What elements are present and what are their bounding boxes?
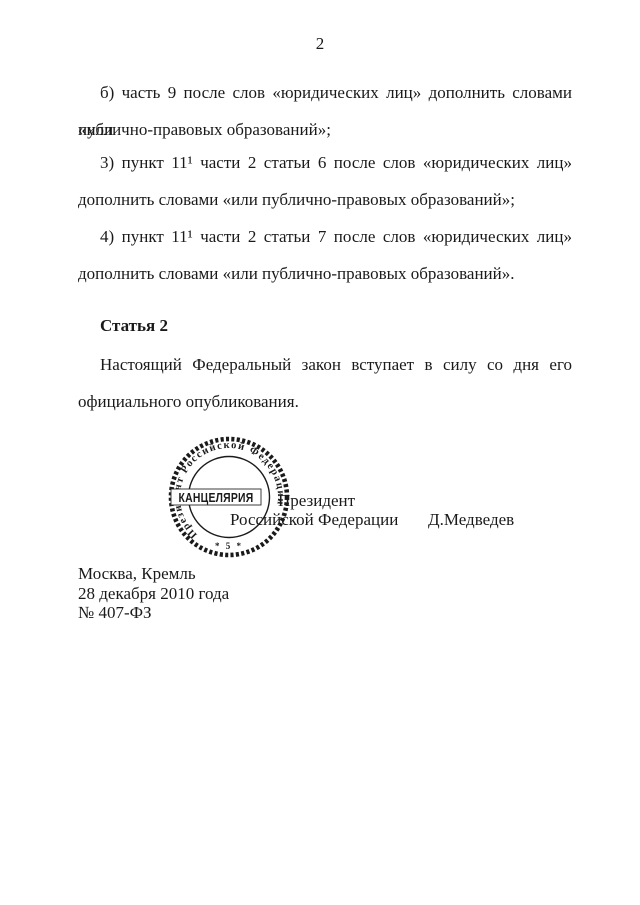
paragraph-line: официального опубликования.: [78, 383, 572, 420]
paragraph-line: дополнить словами «или публично-правовых…: [78, 255, 572, 292]
paragraph-line: б) часть 9 после слов «юридических лиц» …: [78, 74, 572, 111]
article-heading: Статья 2: [100, 316, 168, 336]
footer-block: Москва, Кремль 28 декабря 2010 года № 40…: [78, 564, 229, 623]
paragraph-line: 3) пункт 11¹ части 2 статьи 6 после слов…: [78, 144, 572, 181]
stamp-center-label: КАНЦЕЛЯРИЯ: [179, 491, 254, 505]
stamp-outer-beaded-ring: [171, 439, 287, 555]
document-page: 2 б) часть 9 после слов «юридических лиц…: [0, 0, 640, 905]
paragraph-line: 4) пункт 11¹ части 2 статьи 7 после слов…: [78, 218, 572, 255]
paragraph-line: Настоящий Федеральный закон вступает в с…: [78, 346, 572, 383]
signature-title-line2: Российской Федерации: [230, 510, 398, 530]
page-number: 2: [0, 34, 640, 54]
chancellery-seal-stamp: Президент Российской Федерации * 5 * КАН…: [164, 432, 294, 562]
signature-title-line1: Президент: [278, 491, 355, 511]
paragraph-line: публично-правовых образований»;: [78, 111, 572, 148]
stamp-center-box: [171, 489, 261, 505]
footer-place: Москва, Кремль: [78, 564, 229, 584]
paragraph-line: дополнить словами «или публично-правовых…: [78, 181, 572, 218]
paragraph-item-4: 4) пункт 11¹ части 2 статьи 7 после слов…: [78, 218, 572, 292]
footer-law-number: № 407-ФЗ: [78, 603, 229, 623]
signature-name: Д.Медведев: [428, 510, 514, 530]
article-paragraph: Настоящий Федеральный закон вступает в с…: [78, 346, 572, 420]
paragraph-item-3: 3) пункт 11¹ части 2 статьи 6 после слов…: [78, 144, 572, 218]
stamp-bottom-text: * 5 *: [215, 541, 243, 551]
footer-date: 28 декабря 2010 года: [78, 584, 229, 604]
paragraph-item-b: б) часть 9 после слов «юридических лиц» …: [78, 74, 572, 148]
